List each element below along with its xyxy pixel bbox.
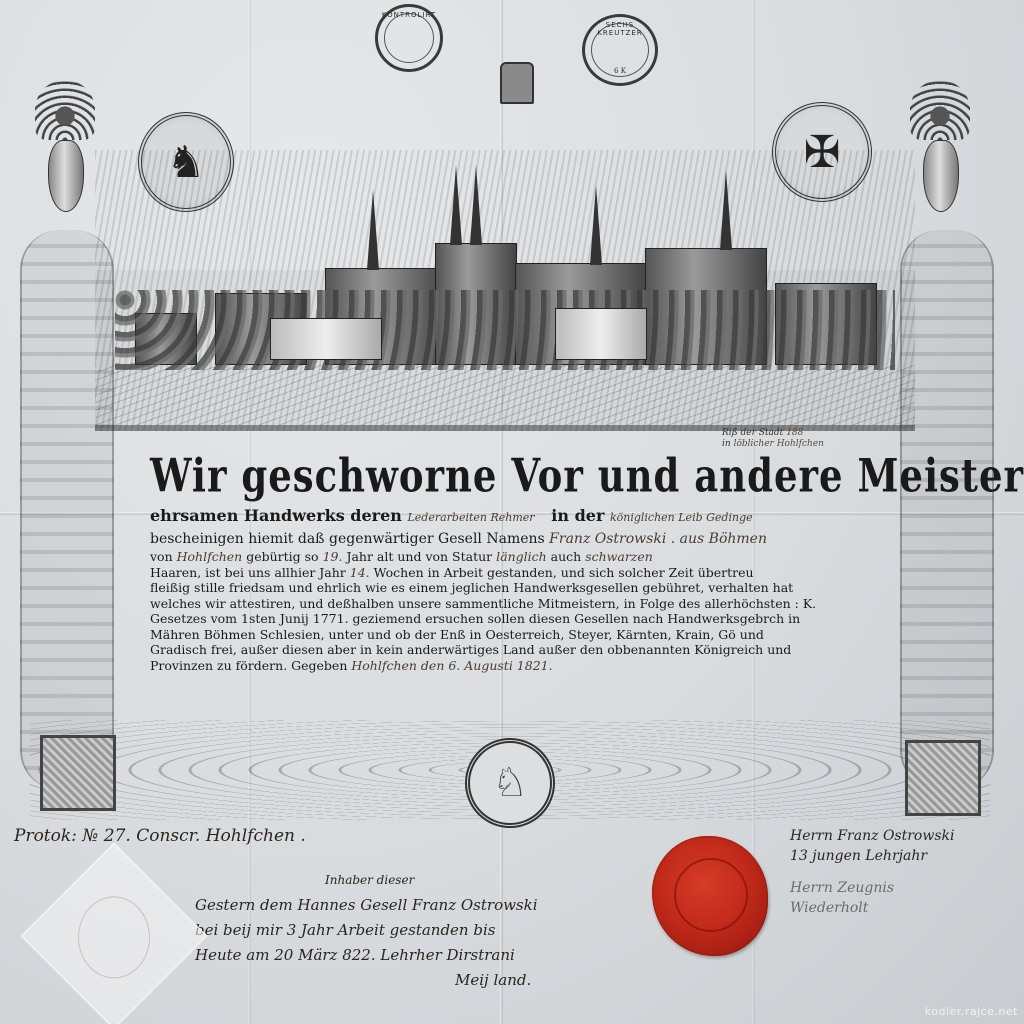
embossed-paper-seal [21,843,208,1024]
text-line-8: Mähren Böhmen Schlesien, unter und ob de… [150,627,860,643]
text-line-5: fleißig stille friedsam und ehrlich wie … [150,580,860,596]
tree-line [115,290,895,370]
foreground-building [270,318,382,360]
red-wax-seal [652,836,768,956]
text-line-1: ehrsamen Handwerks deren Lederarbeiten R… [150,505,860,529]
text-line-7: Gesetzes vom 1sten Junij 1771. geziemend… [150,611,860,627]
right-annotation-block: Herrn Franz Ostrowski 13 jungen Lehrjahr… [790,826,954,918]
certificate-paper: KONTROLIRT SECHS KREUTZER 6 K ♞ ✠ [0,0,1024,1024]
certificate-title: Wir geschworne Vor und andere Meistere d… [150,445,860,505]
top-cartouche-icon [500,62,534,104]
text-line-6: welches wir attestiren, und deßhalben un… [150,596,860,612]
text-line-10: Provinzen zu fördern. Gegeben Hohlfchen … [150,658,860,674]
text-line-9: Gradisch frei, außer diesen aber in kein… [150,642,860,658]
city-gate [555,308,647,360]
text-line-4: Haaren, ist bei uns allhier Jahr 14. Woc… [150,565,860,581]
text-line-3: von Hohlfchen gebürtig so 19. Jahr alt u… [150,549,860,565]
city-engraving [95,150,915,431]
tax-stamp-kontrolirt: KONTROLIRT [375,4,443,72]
site-watermark: kodler.rajce.net [925,1005,1018,1018]
right-pedestal-ornament [905,740,981,816]
bottom-annotation-block: Inhaber dieser Gestern dem Hannes Gesell… [195,868,538,993]
tax-stamp-sechs-kreutzer: SECHS KREUTZER 6 K [582,14,658,86]
right-vase-ornament [905,80,975,230]
foreground-field [95,365,915,425]
horse-medallion-icon: ♘ [465,738,555,828]
left-margin-annotation: Protok: № 27. Conscr. Hohlfchen . [14,826,306,846]
text-line-2: bescheinigen hiemit daß gegenwärtiger Ge… [150,529,860,549]
left-pedestal-ornament [40,735,116,811]
certificate-text: Wir geschworne Vor und andere Meistere d… [150,445,860,673]
left-vase-ornament [30,80,100,230]
